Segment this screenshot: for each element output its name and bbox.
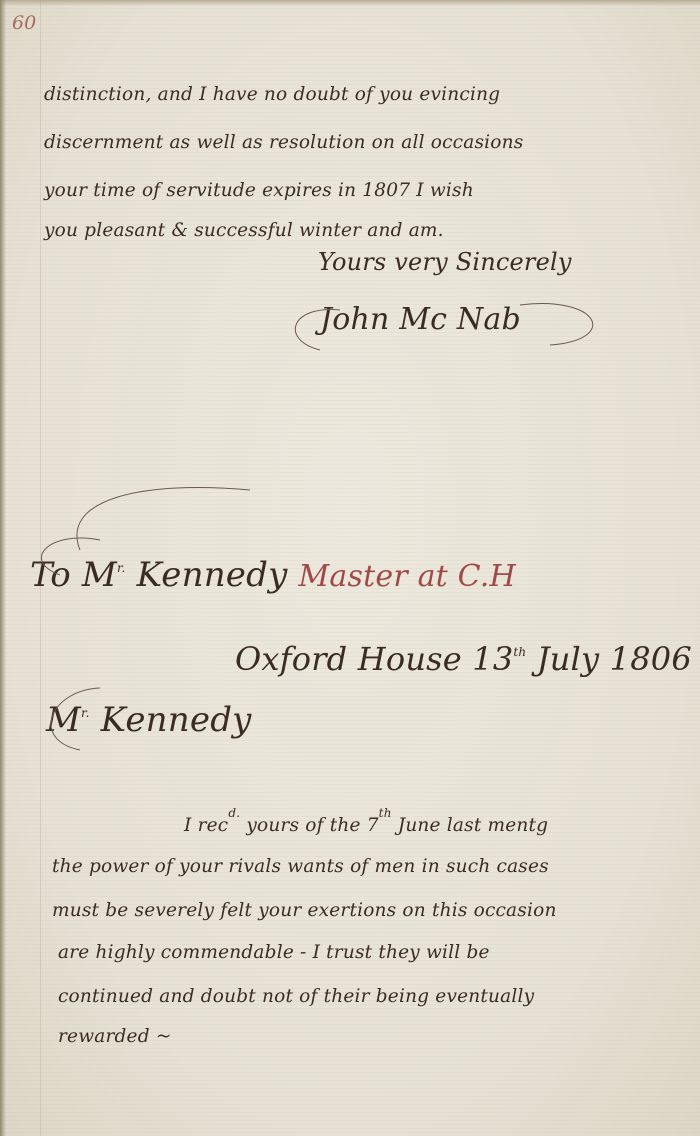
letter1-line-3: your time of servitude expires in 1807 I…	[44, 180, 474, 201]
body-first-c: June last mentg	[392, 815, 549, 836]
salutation-prefix: M	[46, 700, 81, 740]
letter1-closing: Yours very Sincerely	[318, 248, 572, 276]
letter2-line-3: must be severely felt your exertions on …	[52, 900, 557, 921]
body-first-a: I rec	[184, 815, 228, 836]
month-year: July 1806	[537, 640, 692, 678]
address-prefix-sup: r.	[117, 561, 126, 575]
body-first-sup-b: th	[379, 806, 392, 820]
page-binding-edge	[0, 0, 6, 1136]
day: 13	[472, 640, 513, 678]
letter2-place-date: Oxford House 13th July 1806	[235, 640, 692, 678]
address-title-red: Master at C.H	[299, 559, 516, 594]
address-name: Kennedy	[137, 555, 288, 595]
manuscript-page: 60 distinction, and I have no doubt of y…	[0, 0, 700, 1136]
salutation-prefix-sup: r.	[81, 706, 90, 720]
letter2-line-1: I recd. yours of the 7th June last mentg	[184, 806, 548, 836]
day-sup: th	[513, 645, 526, 659]
letter2-line-6: rewarded ~	[58, 1026, 172, 1047]
letter1-signature: John Mc Nab	[320, 302, 521, 337]
letter1-line-2: discernment as well as resolution on all…	[44, 132, 523, 153]
letter2-line-2: the power of your rivals wants of men in…	[52, 856, 549, 877]
letter2-line-4: are highly commendable - I trust they wi…	[58, 942, 490, 963]
letter2-salutation: Mr. Kennedy	[46, 700, 252, 740]
body-first-sup-a: d.	[228, 806, 240, 820]
letter1-line-1: distinction, and I have no doubt of you …	[44, 84, 500, 105]
page-top-edge	[0, 0, 700, 6]
body-first-b: yours of the 7	[240, 815, 378, 836]
letter2-address: To Mr. Kennedy Master at C.H	[30, 555, 516, 595]
page-number: 60	[12, 12, 36, 34]
place: Oxford House	[235, 640, 462, 678]
letter2-line-5: continued and doubt not of their being e…	[58, 986, 534, 1007]
address-prefix: To M	[30, 555, 117, 595]
letter1-line-4: you pleasant & successful winter and am.	[44, 220, 444, 241]
salutation-name: Kennedy	[101, 700, 252, 740]
